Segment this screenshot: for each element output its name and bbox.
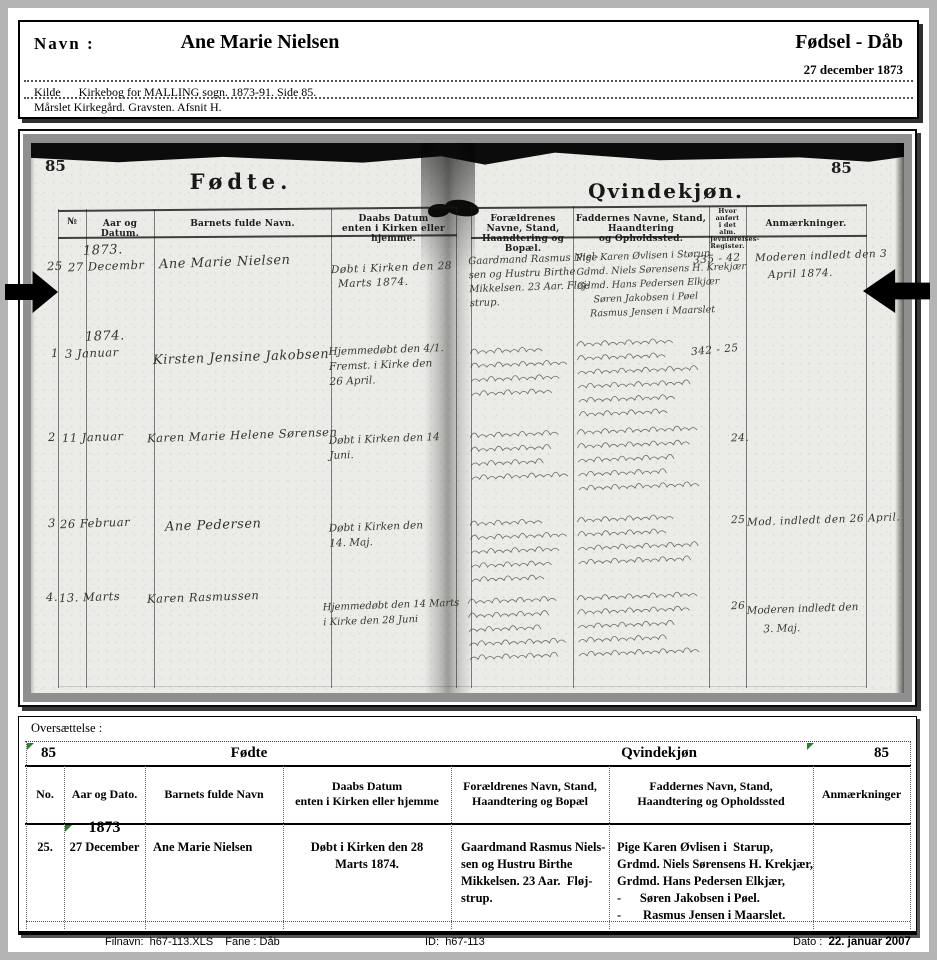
hw-line: Hjemmedøbt den 14 Marts [323,598,460,614]
divider [25,741,911,742]
row-baptism: Døbt i Kirken den 28 Marts 1874. [283,839,451,873]
col-remarks: Anmærkninger [813,787,910,802]
hw-no: 1 [51,346,59,360]
hw-no: 25 [47,259,63,274]
scan-col-baptism-line2: enten i Kirken eller hjemme. [342,224,445,244]
row-godparents-line: Grdmd. Hans Pedersen Elkjær, [617,873,813,890]
table-line [25,823,911,825]
hw-line: Døbt i Kirken den [329,519,424,534]
hw-line: sen og Hustru Birthe [469,267,576,282]
scan-col-register: Hvor anført i det alm. Jevnførelses- Reg… [710,208,745,250]
scan-col-baptism: Daabs Datum enten i Kirken eller hjemme. [331,214,456,244]
col-parents-l2: Haandtering og Bopæl [472,794,588,808]
hw-line: Juni. [329,449,354,462]
row-godparents: Pige Karen Øvlisen i Starup, Grdmd. Niel… [617,839,813,924]
scan-col-parents: Forældrenes Navne, Stand, Haandtering og… [473,214,573,254]
col-baptism: Daabs Datum enten i Kirken eller hjemme [283,779,451,809]
name-label: Navn : [34,34,95,54]
col-baptism-l2: enten i Kirken eller hjemme [295,794,439,808]
event-date: 27 december 1873 [804,62,903,78]
row-child-name: Ane Marie Nielsen [153,839,252,856]
handwriting-scribble [468,341,570,402]
scan-col-remarks: Anmærkninger. [746,219,866,229]
hw-date: 13. Marts [59,589,121,605]
handwriting-scribble [575,509,705,571]
hw-line: Rasmus Jensen i Maarslet [578,304,715,320]
row-date: 27 December [64,839,145,856]
scan-col-no: № [58,217,86,227]
col-parents-l1: Forældrenes Navn, Stand, [463,779,597,793]
hw-line: i Kirke den 28 Juni [323,614,418,628]
handwriting-scribble [575,587,705,663]
table-line [86,209,87,688]
scan-col-godparents-line1: Faddernes Navne, Stand, Haandtering [576,214,706,234]
table-line [58,209,59,688]
scan-box: 85 85 Fødte. Qvindekjøn. [18,129,917,707]
hw-remark: Mod. indledt den 26 April. [747,511,901,528]
row-no: 25. [26,839,64,856]
record-sheet: Navn : Ane Marie Nielsen Fødsel - Dåb 27… [0,0,937,960]
row-godparents-line: Pige Karen Øvlisen i Starup, [617,839,813,856]
scan-right-title: Qvindekjøn. [541,179,791,203]
row-parents-line: Gaardmand Rasmus Niels- [461,839,605,856]
scan-page-number-right: 85 [831,159,852,177]
scan-col-register-l1: Hvor anført [716,207,740,222]
row-godparents-line: - Søren Jakobsen i Pøel. [617,890,813,907]
translation-label: Oversættelse : [31,721,102,736]
hw-year: 1873. [83,242,123,258]
footer: Filnavn: h67-113.XLS Fane : Dåb ID: h67-… [0,936,937,952]
row-parents-line: strup. [461,890,605,907]
hw-child-name: Ane Pedersen [165,516,262,534]
faint-line [58,686,866,687]
hw-date: 26 Februar [60,515,131,531]
col-godparents-l1: Faddernes Navn, Stand, [649,779,772,793]
col-date: Aar og Dato. [64,787,145,802]
hw-register-ref: 26 [731,600,746,612]
handwriting-scribble [468,425,570,486]
hw-remark: Moderen indledt den 3 [755,248,888,265]
hw-line: Mikkelsen. 23 Aar. Fløj- [469,280,590,295]
band-right-title: Qvindekjøn [549,745,769,762]
translation-box: Oversættelse : 85 Fødte Qvindekjøn 85 No… [18,716,917,935]
hw-baptism: Hjemmedøbt den 14 Marts i Kirke den 28 J… [323,596,461,631]
hw-register-ref: 24. [731,432,750,445]
band-page-right: 85 [874,745,889,762]
event-type: Fødsel - Dåb [795,31,903,54]
source-line-2: Mårslet Kirkegård. Gravsten. Afsnit H. [34,100,222,115]
scan-col-godparents-line2: og Opholdssted. [599,234,683,244]
hw-remark: April 1874. [768,267,833,281]
band-page-left: 85 [41,745,56,762]
footer-id: ID: h67-113 [425,936,485,948]
hw-date: 27 Decembr [68,258,145,275]
comment-marker [807,743,814,750]
table-line [471,204,867,209]
footer-date: Dato : 22. januar 2007 [793,936,911,948]
col-godparents: Faddernes Navn, Stand, Haandtering og Op… [609,779,813,809]
table-line [25,765,911,767]
table-line [154,209,155,688]
row-year: 1873 [64,819,145,836]
hw-remark: Moderen indledt den 3. Maj. [746,598,859,640]
row-parents-line: sen og Hustru Birthe [461,856,605,873]
hw-line: Moderen indledt den [746,601,858,617]
hw-line: Søren Jakobsen i Pøel [577,291,698,306]
hw-line: strup. [470,297,500,309]
footer-filename: Filnavn: h67-113.XLS Fane : Dåb [105,936,280,948]
hw-baptism: Hjemmedøbt den 4/1. Fremst. i Kirke den … [328,341,445,390]
scan-col-godparents: Faddernes Navne, Stand, Haandtering og O… [575,214,707,244]
table-line [910,742,911,929]
row-godparents-line: Grdmd. Niels Sørensens H. Krekjær, [617,856,813,873]
hw-line: Gdmd. Hans Pedersen Elkjær [577,276,720,292]
scan-col-parents-line1: Forældrenes Navne, Stand, [487,214,560,234]
hw-no: 3 [48,516,56,530]
hw-baptism: Døbt i Kirken den 14 Juni. [329,430,441,464]
hw-line: Hjemmedøbt den 4/1. [328,342,444,358]
header-box: Navn : Ane Marie Nielsen Fødsel - Dåb 27… [18,20,919,119]
col-no: No. [26,787,64,802]
hw-child-name: Karen Marie Helene Sørensen [147,425,338,446]
handwriting-scribble [575,333,706,423]
hw-line: 26 April. [329,374,375,388]
row-baptism-l1: Døbt i Kirken den 28 [283,839,451,856]
scan-col-parents-line2: Haandtering og Bopæl. [482,234,564,254]
hw-line: Pige Karen Øvlisen i Størup [576,248,710,264]
table-line [866,206,867,688]
hw-no: 4. [46,590,58,604]
scan-page-number-left: 85 [45,157,66,175]
hw-line: Døbt i Kirken den 14 [329,431,440,447]
hw-baptism: Marts 1874. [338,276,409,290]
hw-date: 11 Januar [62,429,124,445]
hw-register-ref: 25 [731,514,746,526]
row-baptism-l2: Marts 1874. [283,856,451,873]
scan-col-register-l2: i det alm. [719,221,736,236]
scan-col-baptism-line1: Daabs Datum [358,214,428,224]
table-line [26,742,27,929]
col-godparents-l2: Haandtering og Opholdssted [637,794,784,808]
col-name: Barnets fulde Navn [145,787,283,802]
person-name: Ane Marie Nielsen [150,31,370,54]
hw-child-name: Ane Marie Nielsen [159,253,291,273]
hw-year: 1874. [85,328,125,344]
hw-line: Fremst. i Kirke den [329,357,433,373]
scan-col-date: Aar og Datum. [86,219,154,239]
hw-child-name: Kirsten Jensine Jakobsen [153,347,330,368]
scan-left-title: Fødte. [121,169,361,194]
comment-marker [27,743,34,750]
band-left-title: Fødte [149,745,349,762]
col-parents: Forældrenes Navn, Stand, Haandtering og … [451,779,609,809]
row-parents-line: Mikkelsen. 23 Aar. Fløj- [461,873,605,890]
scan-left-shadow [31,143,35,693]
hw-line: 3. Maj. [747,622,800,636]
handwriting-scribble [575,421,705,497]
divider [24,80,913,82]
hw-date: 3 Januar [65,345,119,361]
hw-line: 14. Maj. [329,536,373,550]
row-parents: Gaardmand Rasmus Niels- sen og Hustru Bi… [461,839,605,907]
handwriting-scribble [466,591,570,667]
handwriting-scribble [468,513,570,588]
table-line [58,207,457,212]
hw-no: 2 [48,430,56,444]
col-baptism-l1: Daabs Datum [332,779,402,793]
scan-matte: 85 85 Fødte. Qvindekjøn. [23,134,912,702]
scan-right-shadow [895,143,904,693]
scan-col-name: Barnets fulde Navn. [154,219,331,229]
hw-child-name: Karen Rasmussen [147,588,260,606]
hw-baptism: Døbt i Kirken den 14. Maj. [329,518,424,551]
row-godparents-line: - Rasmus Jensen i Maarslet. [617,907,813,924]
church-book-scan: 85 85 Fødte. Qvindekjøn. [31,143,904,693]
divider [24,97,913,99]
